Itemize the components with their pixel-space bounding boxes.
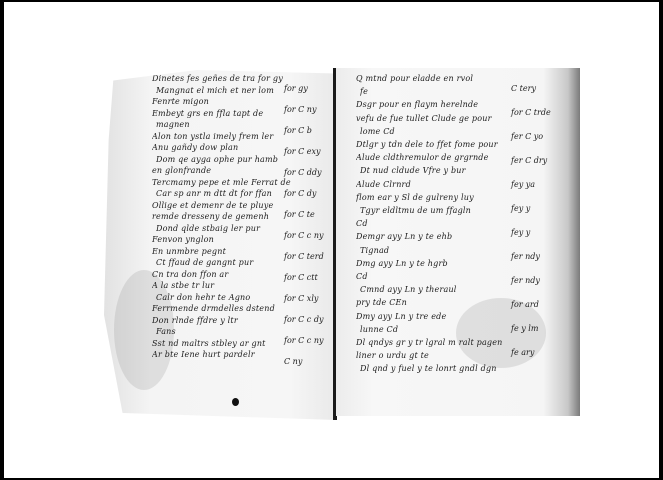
- margin-amount: fer C yo: [511, 132, 543, 141]
- margin-amount: fer C dry: [511, 156, 547, 165]
- handwritten-line: Tercmamy pepe et mle Ferrat de: [152, 178, 302, 188]
- handwritten-line: Tgyr eldltmu de um ffagln: [360, 206, 520, 216]
- handwritten-line: Cd: [356, 272, 516, 282]
- margin-amount: fey y: [511, 204, 530, 213]
- handwritten-line: Ferrmende drmdelles dstend: [152, 304, 302, 314]
- handwritten-line: Sst nd maltrs stbley ar gnt: [152, 339, 302, 349]
- margin-amount: fe ary: [511, 348, 534, 357]
- handwritten-line: remde dresseny de gemenh: [152, 212, 302, 222]
- handwritten-line: Tignad: [360, 246, 520, 256]
- margin-amount: for C c ny: [284, 336, 324, 345]
- margin-amount: fer ndy: [511, 252, 540, 261]
- handwritten-line: liner o urdu gt te: [356, 351, 516, 361]
- margin-amount: for C ny: [284, 105, 316, 114]
- margin-amount: for C c ny: [284, 231, 324, 240]
- margin-amount: for C xly: [284, 294, 318, 303]
- margin-amount: fey ya: [511, 180, 535, 189]
- margin-amount: for ard: [511, 300, 539, 309]
- handwritten-line: Q mtnd pour eladde en rvol: [356, 74, 516, 84]
- margin-amount: for C b: [284, 126, 312, 135]
- handwritten-line: lunne Cd: [360, 325, 520, 335]
- handwritten-line: A la stbe tr lur: [152, 281, 302, 291]
- handwritten-line: lome Cd: [360, 127, 520, 137]
- handwritten-line: Alon ton ystla imely frem ler: [152, 132, 302, 142]
- left-page: Dinetes fes geñes de tra for gyMangnat e…: [104, 70, 336, 420]
- handwritten-line: Anu gañdy dow plan: [152, 143, 302, 153]
- scan-frame-top: [0, 0, 663, 2]
- margin-amount: C tery: [511, 84, 536, 93]
- handwritten-line: Embeyt grs en ffla tapt de: [152, 109, 302, 119]
- handwritten-line: Dt nud cldude Vfre y bur: [360, 166, 520, 176]
- right-page: Q mtnd pour eladde en rvolfeDsgr pour en…: [336, 68, 580, 416]
- handwritten-line: Dtlgr y tdn dele to ffet fome pour: [356, 140, 516, 150]
- handwritten-line: Ollige et demenr de te pluye: [152, 201, 302, 211]
- handwritten-line: pry tde CEn: [356, 298, 516, 308]
- margin-amount: for C ddy: [284, 168, 322, 177]
- margin-amount: C ny: [284, 357, 302, 366]
- handwritten-line: Demgr ayy Ln y te ehb: [356, 232, 516, 242]
- handwritten-line: Don rlnde ffdre y ltr: [152, 316, 302, 326]
- handwritten-line: Dsgr pour en flaym herelnde: [356, 100, 516, 110]
- handwritten-line: Fenrte migon: [152, 97, 302, 107]
- handwritten-line: Dl qndys gr y tr lgral m ralt pagen: [356, 338, 516, 348]
- margin-amount: for C exy: [284, 147, 321, 156]
- manuscript-scan: Dinetes fes geñes de tra for gyMangnat e…: [0, 0, 663, 480]
- handwritten-line: en glonfrande: [152, 166, 302, 176]
- handwritten-line: Dl qnd y fuel y te lonrt gndl dgn: [360, 364, 520, 374]
- margin-amount: for C trde: [511, 108, 551, 117]
- handwritten-line: Alude cldthremulor de grgrnde: [356, 153, 516, 163]
- handwritten-line: Fenvon ynglon: [152, 235, 302, 245]
- handwritten-line: Alude Clrnrd: [356, 180, 516, 190]
- margin-amount: fe y lm: [511, 324, 538, 333]
- handwritten-line: vefu de fue tullet Clude ge pour: [356, 114, 516, 124]
- handwritten-line: Dinetes fes geñes de tra for gy: [152, 74, 302, 84]
- handwritten-line: fe: [360, 87, 520, 97]
- scan-frame-right: [659, 0, 663, 480]
- ink-blot: [232, 398, 239, 406]
- handwritten-line: Ar bte Iene hurt pardelr: [152, 350, 302, 360]
- handwritten-line: Dmy ayy Ln y tre ede: [356, 312, 516, 322]
- margin-amount: for C ctt: [284, 273, 318, 282]
- margin-amount: for gy: [284, 84, 308, 93]
- handwritten-line: Cn tra don ffon ar: [152, 270, 302, 280]
- scan-frame-left: [0, 0, 4, 480]
- handwritten-line: Dom qe ayga ophe pur hamb: [156, 155, 306, 165]
- handwritten-line: Cd: [356, 219, 516, 229]
- handwritten-line: flom ear y Sl de gulreny luy: [356, 193, 516, 203]
- margin-amount: for C c dy: [284, 315, 323, 324]
- handwritten-line: Cmnd ayy Ln y theraul: [360, 285, 520, 295]
- margin-amount: for C dy: [284, 189, 316, 198]
- margin-amount: fey y: [511, 228, 530, 237]
- margin-amount: for C terd: [284, 252, 324, 261]
- handwritten-line: En unmbre pegnt: [152, 247, 302, 257]
- margin-amount: fer ndy: [511, 276, 540, 285]
- margin-amount: for C te: [284, 210, 315, 219]
- handwritten-line: Dmg ayy Ln y te hgrb: [356, 259, 516, 269]
